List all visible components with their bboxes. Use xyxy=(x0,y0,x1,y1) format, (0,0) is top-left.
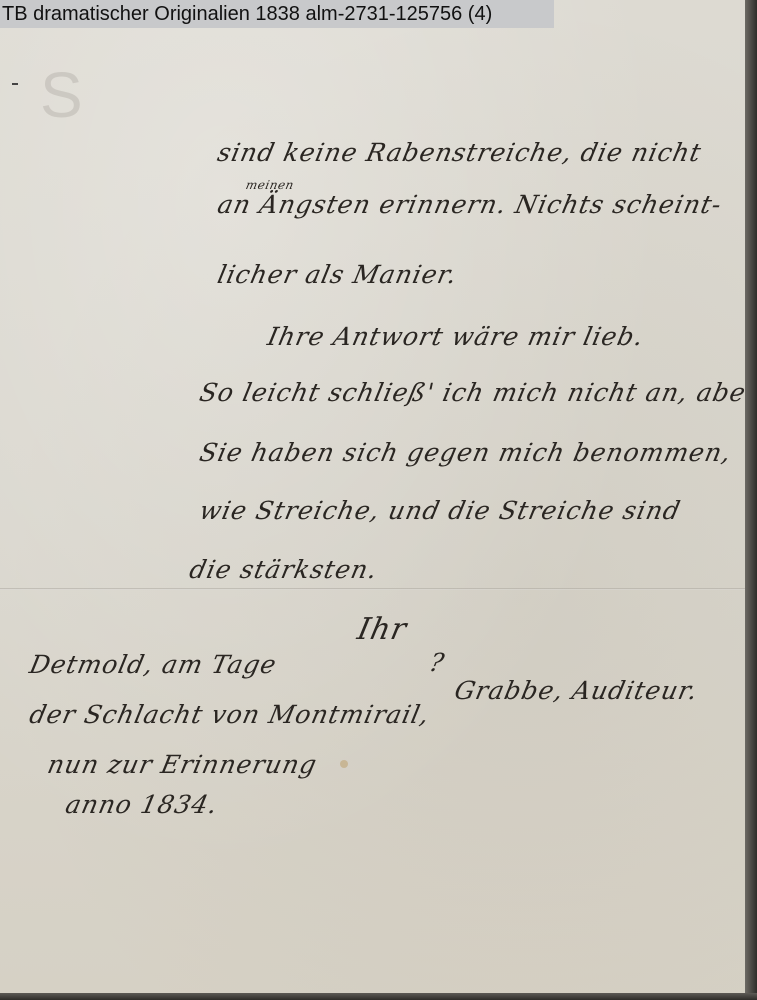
text-line-3: licher als Manier. xyxy=(215,260,460,289)
page-right-edge xyxy=(745,0,757,1000)
text-line-5: So leicht schließ' ich mich nicht an, ab… xyxy=(197,378,757,407)
dateline-2: der Schlacht von Montmirail, xyxy=(27,700,433,729)
text-line-8: die stärksten. xyxy=(187,555,381,584)
document-viewer: S sind keine Rabenstreiche, die nicht me… xyxy=(0,0,757,1000)
margin-mark xyxy=(12,83,18,85)
image-title-bar: TB dramatischer Originalien 1838 alm-273… xyxy=(0,0,554,28)
text-line-2: an Ängsten erinnern. Nichts scheint- xyxy=(215,190,725,219)
closing-salutation: Ihr xyxy=(354,612,410,647)
closing-bracket: ? xyxy=(427,648,448,677)
page-bottom-edge xyxy=(0,993,757,1000)
text-line-7: wie Streiche, und die Streiche sind xyxy=(197,496,684,525)
text-line-1: sind keine Rabenstreiche, die nicht xyxy=(215,138,704,167)
dateline-3: nun zur Erinnerung xyxy=(45,750,320,779)
manuscript-page: S sind keine Rabenstreiche, die nicht me… xyxy=(0,0,745,993)
watermark-s: S xyxy=(40,58,83,132)
ink-stain xyxy=(340,760,348,768)
dateline-1: Detmold, am Tage xyxy=(27,650,280,679)
text-line-4: Ihre Antwort wäre mir lieb. xyxy=(265,322,647,351)
dateline-4: anno 1834. xyxy=(63,790,221,819)
paper-fold xyxy=(0,588,745,590)
signature: Grabbe, Auditeur. xyxy=(452,676,701,705)
text-line-6: Sie haben sich gegen mich benommen, xyxy=(197,438,734,467)
